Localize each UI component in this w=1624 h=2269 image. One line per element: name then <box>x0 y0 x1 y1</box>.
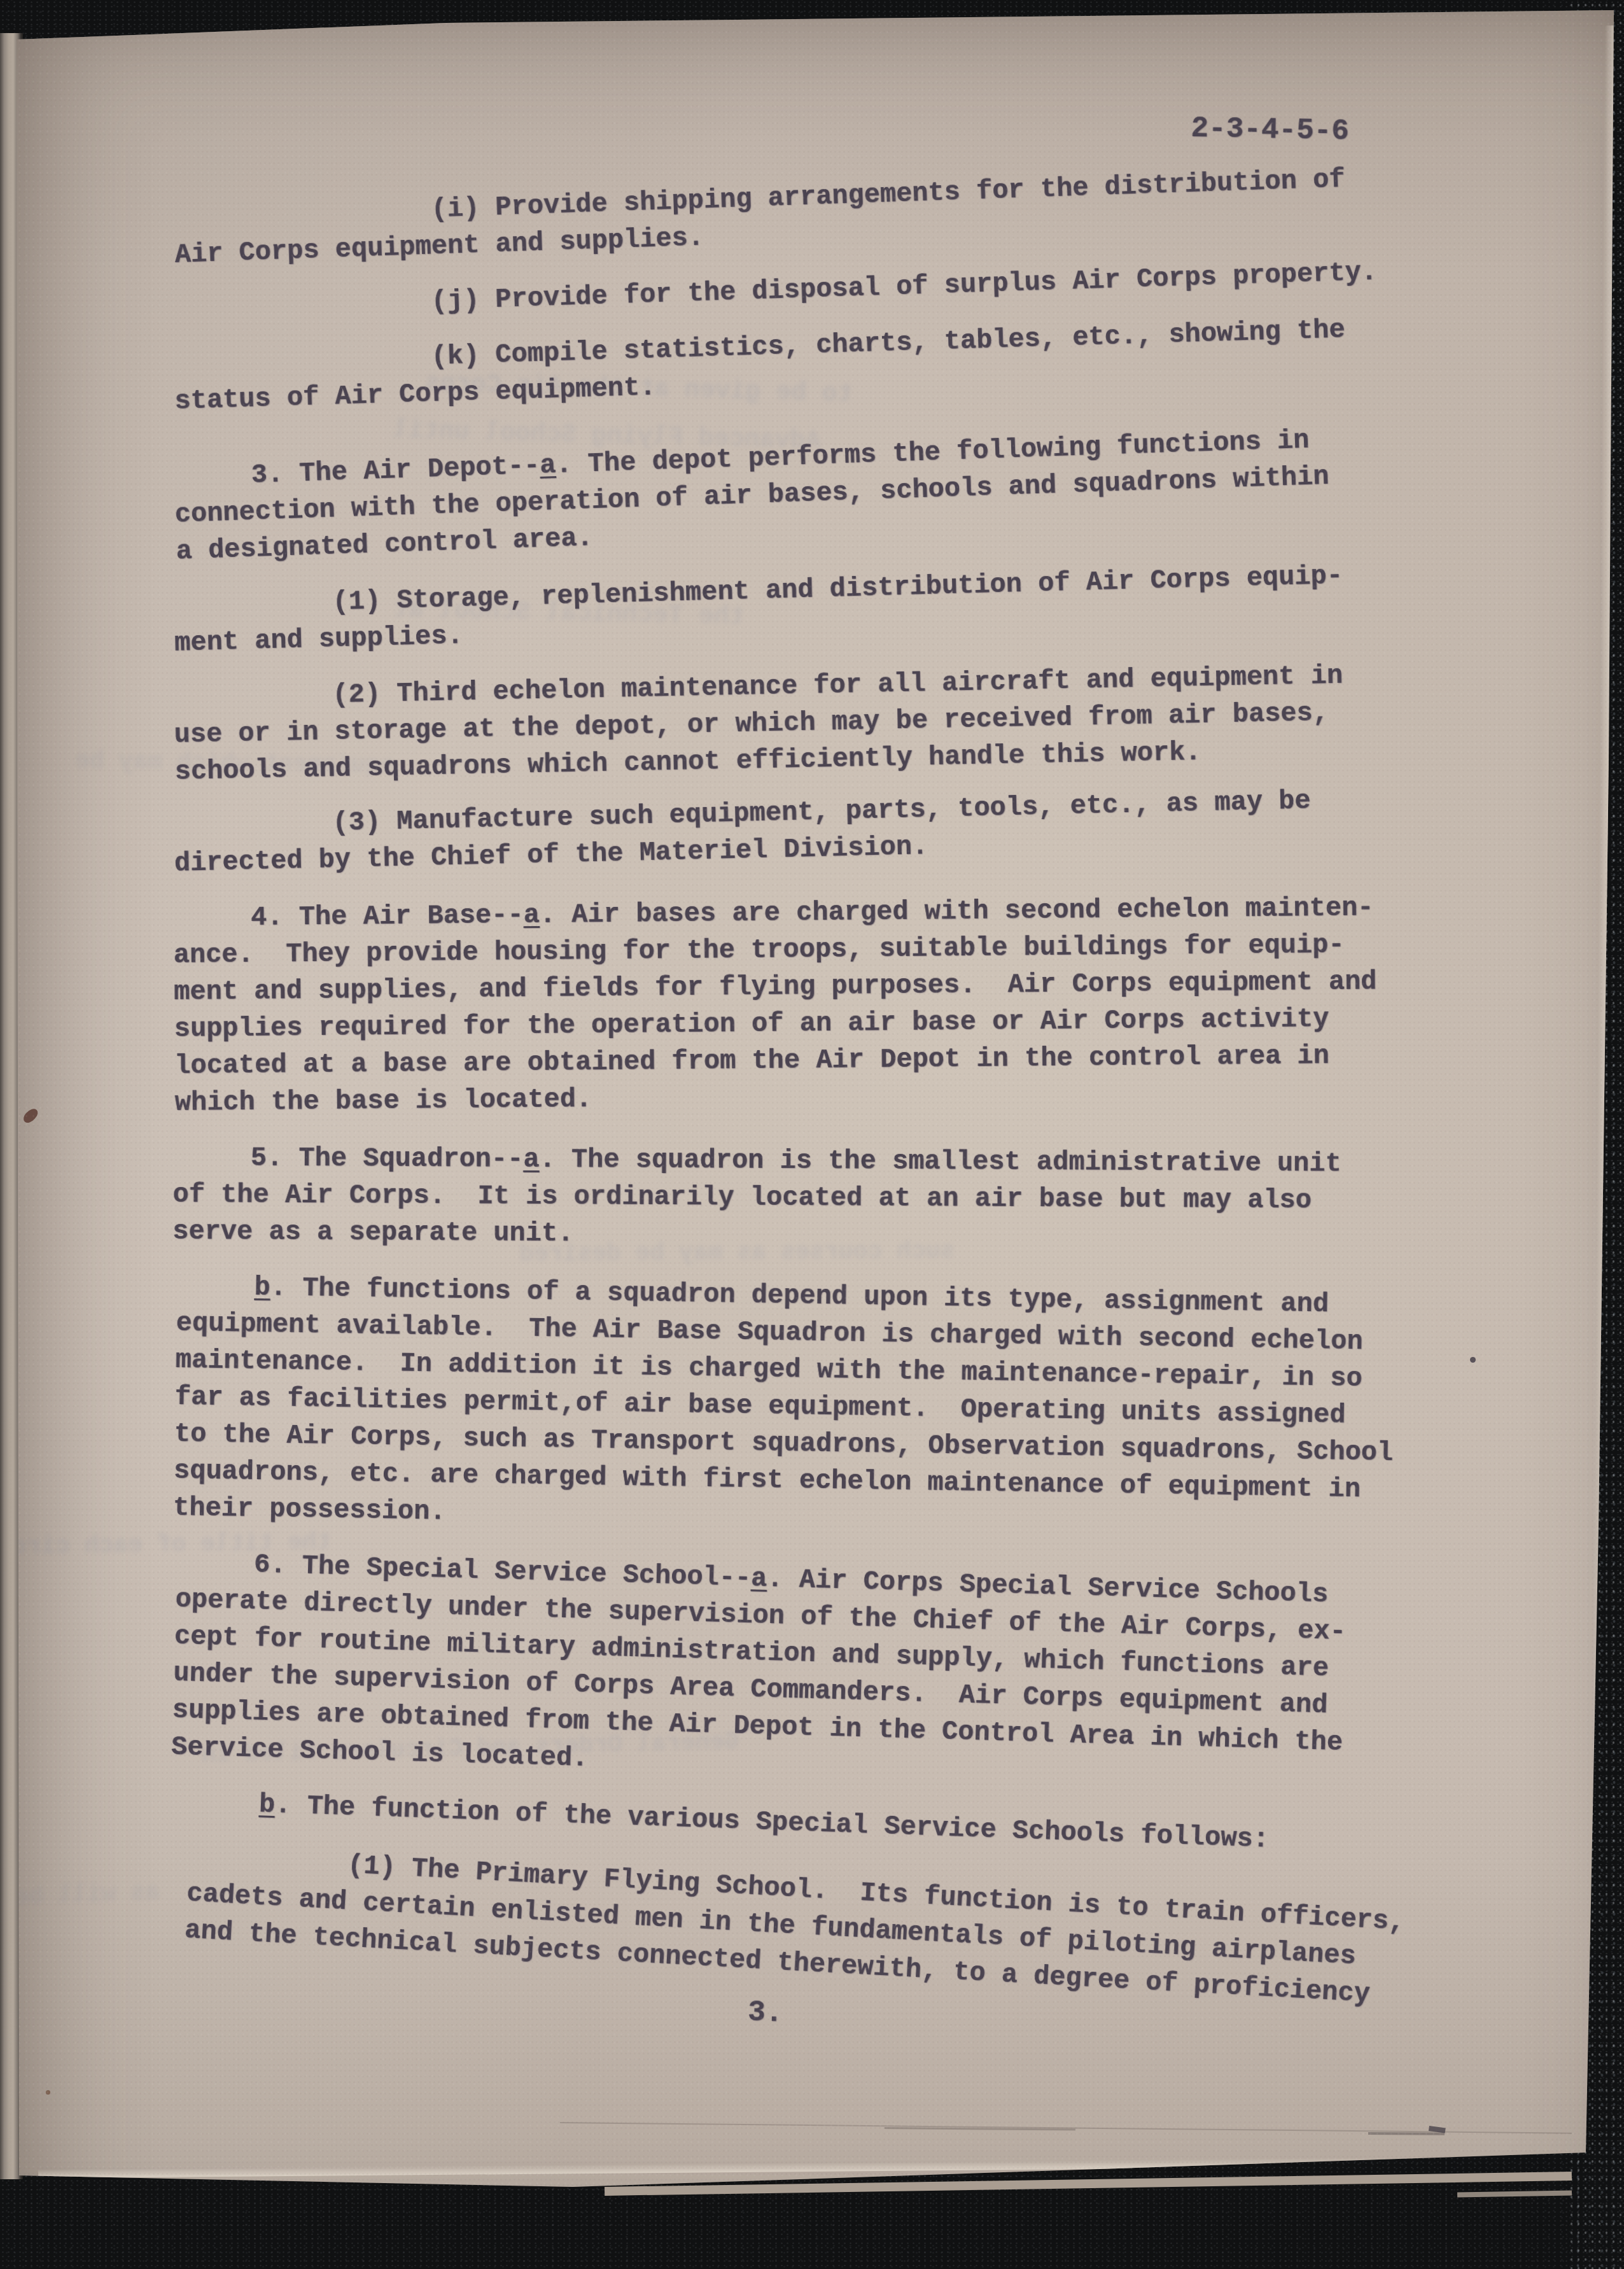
brown-speck <box>46 2090 50 2095</box>
document-page: to be given at the Air CorpsAdvanced Fly… <box>0 0 1624 2269</box>
ink-dot <box>1470 1357 1476 1363</box>
marks-layer <box>0 0 1624 2269</box>
red-ink-fleck <box>22 1106 40 1125</box>
scratch-dash <box>1368 2132 1445 2135</box>
